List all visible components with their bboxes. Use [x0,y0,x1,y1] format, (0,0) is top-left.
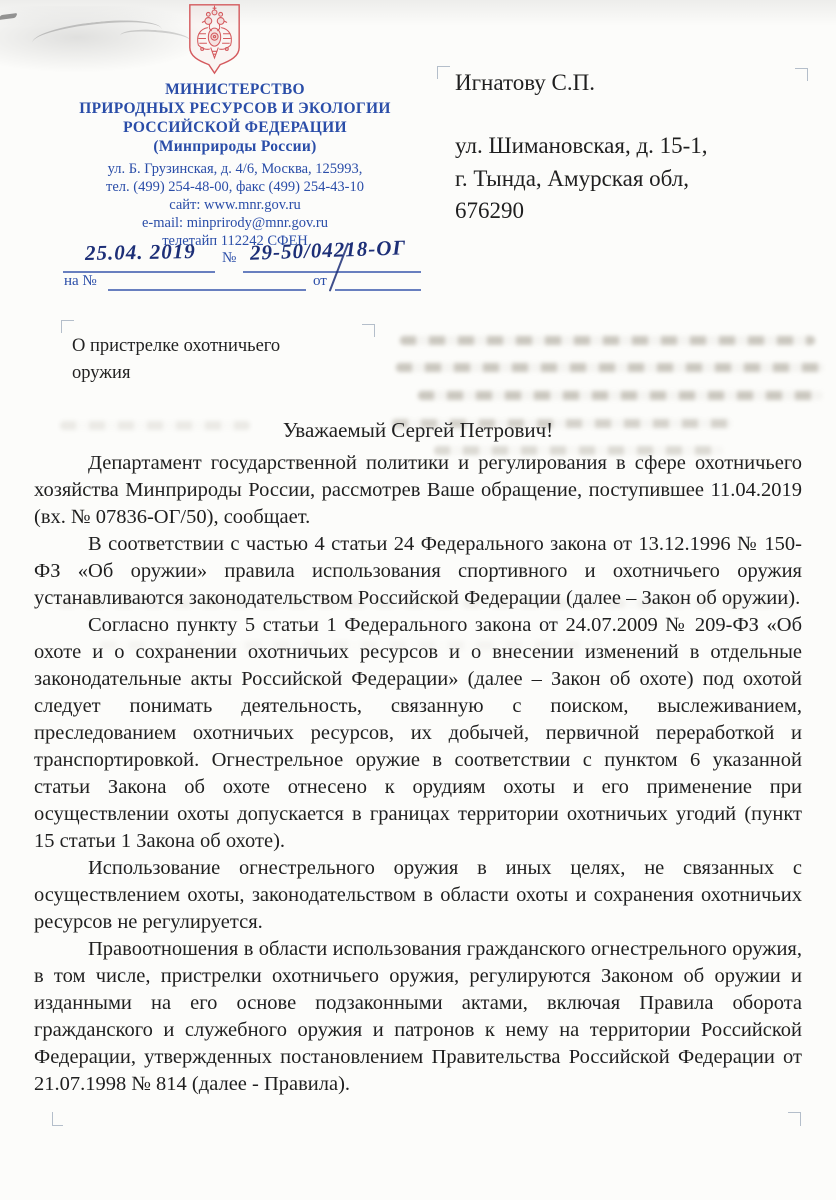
bleed-through-text [400,336,815,345]
bleed-through-text [396,363,824,372]
number-label: № [222,250,236,267]
recipient-name: Игнатову С.П. [455,70,595,96]
frame-mark-bottom-left [52,1112,63,1126]
ministry-short-name: (Минприроды России) [40,137,430,156]
ministry-line: РОССИЙСКОЙ ФЕДЕРАЦИИ [40,118,430,137]
ministry-line: МИНИСТЕРСТВО [40,80,430,99]
phone-fax-line: тел. (499) 254-48-00, факс (499) 254-43-… [40,178,430,196]
frame-mark-top-left [61,320,74,333]
number-underline [243,271,421,273]
recipient-postcode: 676290 [455,195,708,228]
in-reply-to-label: на № [64,273,97,290]
recipient-street: ул. Шимановская, д. 15-1, [455,130,708,163]
ministry-line: ПРИРОДНЫХ РЕСУРСОВ И ЭКОЛОГИИ [40,99,430,118]
handwritten-outgoing-number: 29-50/04218-ОГ [250,235,407,265]
russia-coat-of-arms-icon [186,2,243,81]
body-paragraph: Правоотношения в области использования г… [34,936,802,1098]
from-label: от [313,273,327,290]
body-paragraph: Согласно пункту 5 статьи 1 Федерального … [34,612,802,855]
frame-mark-top-right [795,68,808,81]
body-paragraph: В соответствии с частью 4 статьи 24 Феде… [34,531,802,612]
ministry-name-block: МИНИСТЕРСТВО ПРИРОДНЫХ РЕСУРСОВ И ЭКОЛОГ… [40,80,430,156]
recipient-city: г. Тында, Амурская обл, [455,163,708,196]
body-paragraph: Использование огнестрельного оружия в ин… [34,855,802,936]
subject-line: О пристрелке охотничьего оружия [72,333,297,387]
scanned-letter-page: МИНИСТЕРСТВО ПРИРОДНЫХ РЕСУРСОВ И ЭКОЛОГ… [0,0,836,1200]
bleed-through-text [418,391,823,400]
body-paragraph: Департамент государственной политики и р… [34,450,802,531]
salutation: Уважаемый Сергей Петрович! [34,418,802,443]
handwritten-date: 25.04. 2019 [85,239,196,266]
frame-mark-top-left [437,66,450,79]
email-line: e-mail: minprirody@mnr.gov.ru [40,214,430,232]
address-line: ул. Б. Грузинская, д. 4/6, Москва, 12599… [40,160,430,178]
in-reply-underline [108,289,306,291]
letter-body: Департамент государственной политики и р… [34,450,802,1098]
frame-mark-top-right [362,324,375,337]
website-line: сайт: www.mnr.gov.ru [40,196,430,214]
recipient-address: ул. Шимановская, д. 15-1, г. Тында, Амур… [455,130,708,228]
frame-mark-bottom-right [788,1112,801,1126]
from-underline [335,289,421,291]
